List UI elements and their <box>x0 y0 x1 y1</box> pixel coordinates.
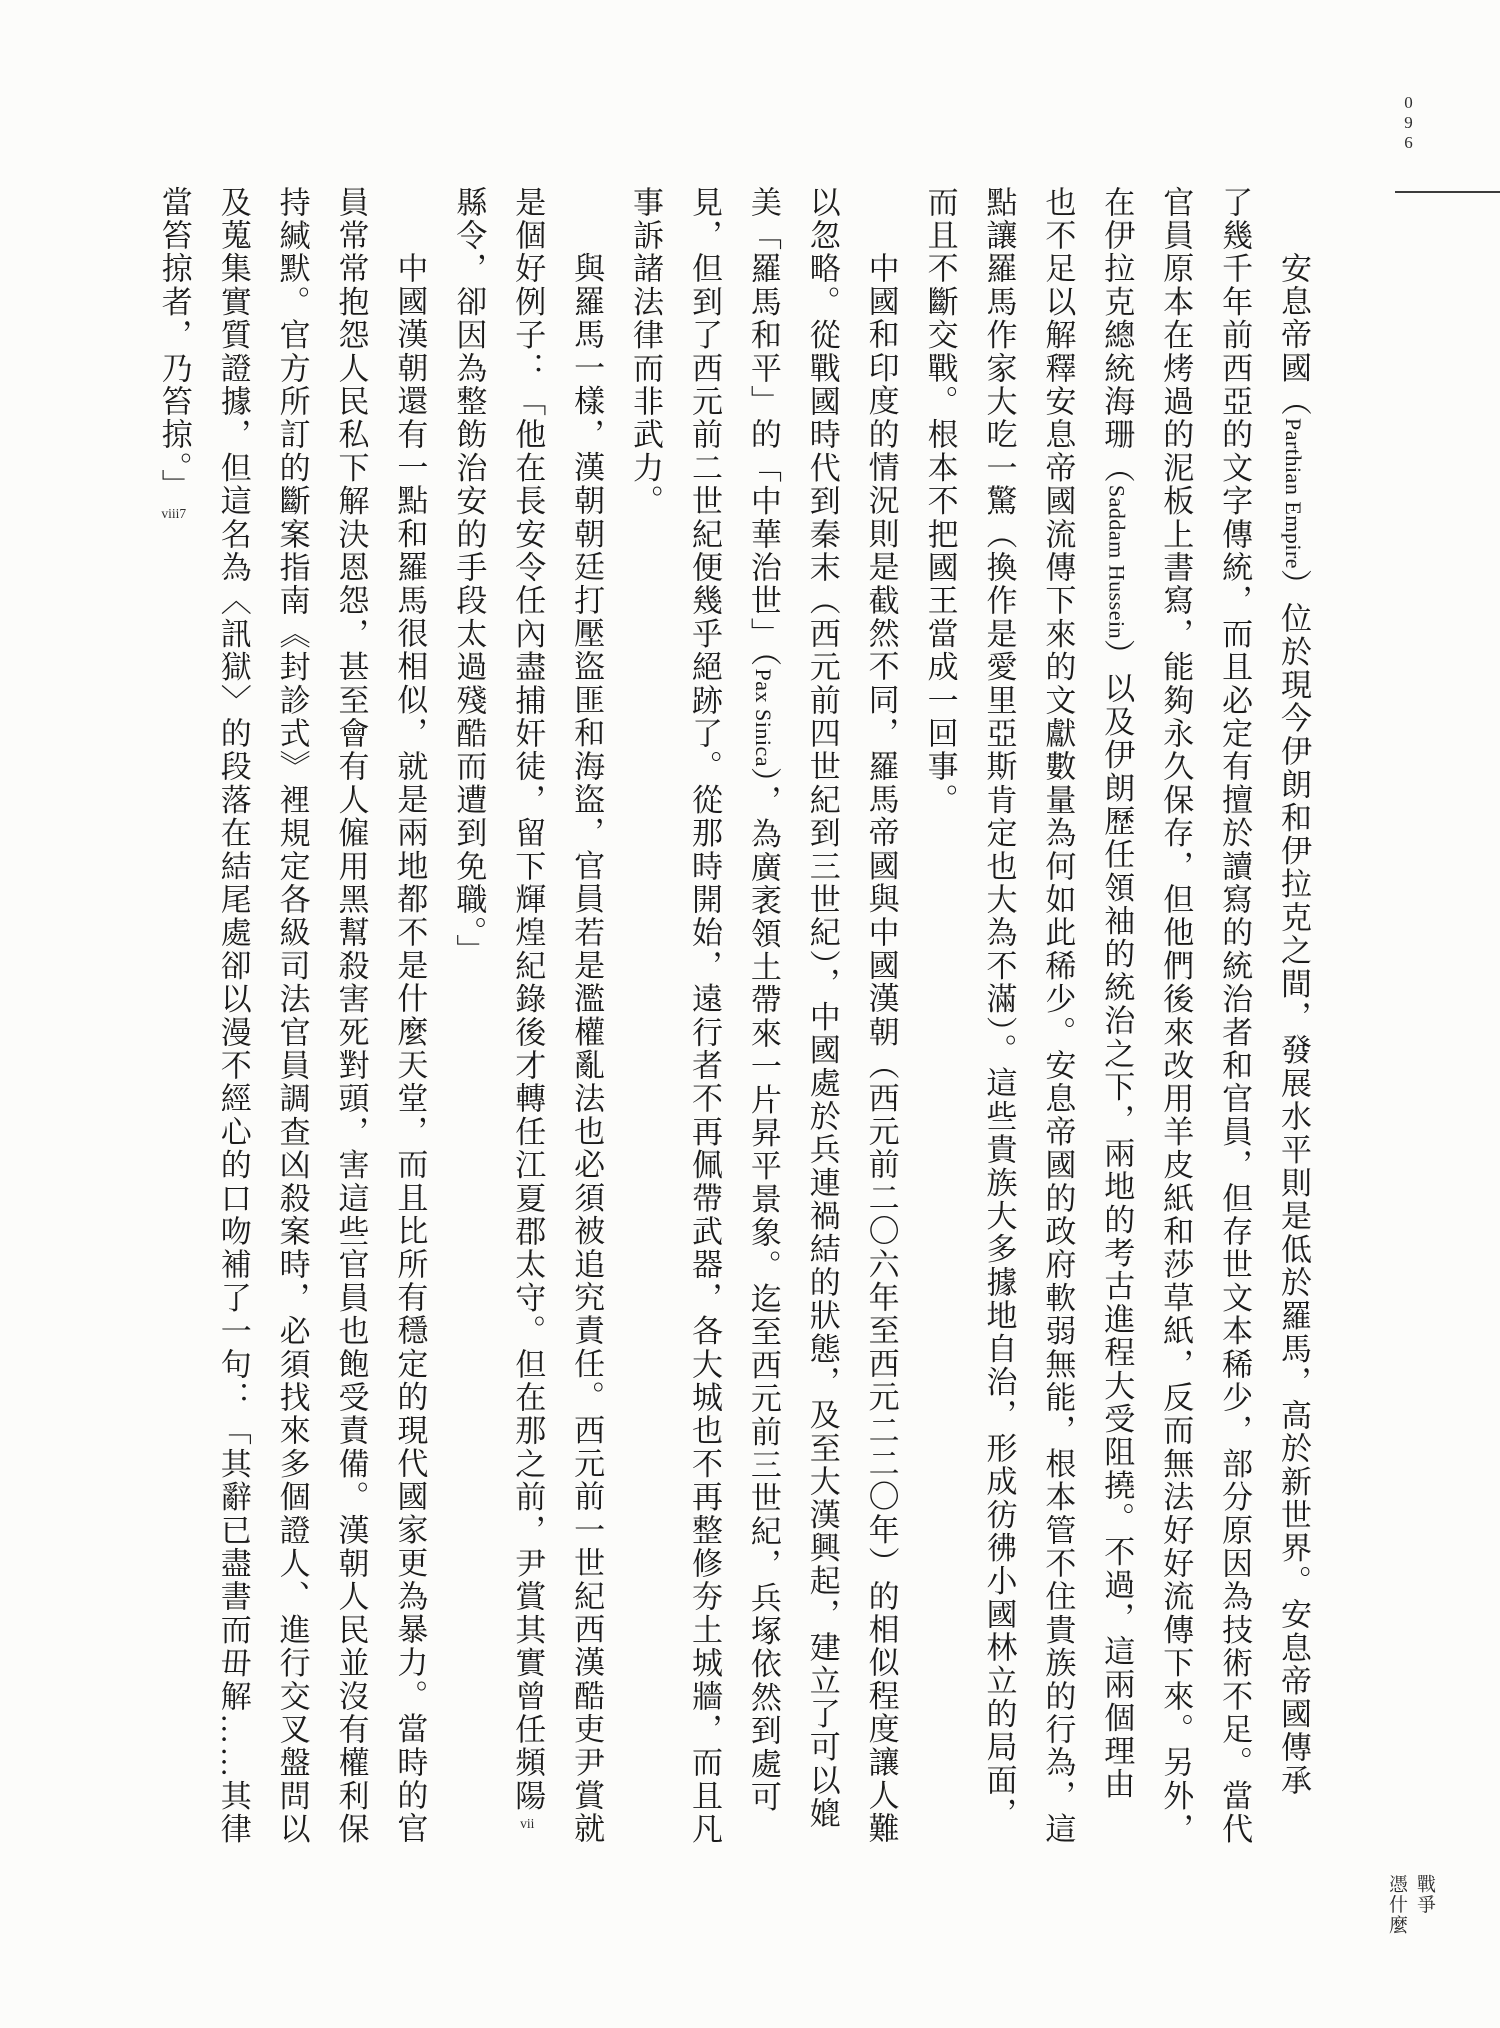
text-column: 官員原本在烤過的泥板上書寫，能夠永久保存，但他們後來改用羊皮紙和莎草紙，反而無法… <box>1145 186 1204 1858</box>
page-number: 096 <box>1398 93 1418 153</box>
running-title: 戰爭 憑什麼 <box>1382 1874 1438 1936</box>
text-column: 美「羅馬和平」的「中華治世」（Pax Sinica），為廣袤領土帶來一片昇平景象… <box>733 186 792 1858</box>
column-text: 員常常抱怨人民私下解決恩怨，甚至會有人僱用黑幫殺害死對頭，害這些官員也飽受責備。… <box>334 186 369 1846</box>
footnote-marker-viii7: viii7 <box>161 507 186 521</box>
text-column: 見，但到了西元前二世紀便幾乎絕跡了。從那時開始，遠行者不再佩帶武器，各大城也不再… <box>674 186 733 1858</box>
footnote-marker-vii: vii <box>520 1817 534 1831</box>
column-text: 是個好例子：「他在長安令任內盡捕奸徒，留下輝煌紀錄後才轉任江夏郡太守。但在那之前… <box>510 186 545 1813</box>
text-column: 與羅馬一樣，漢朝朝廷打壓盜匪和海盜，官員若是濫權亂法也必須被追究責任。西元前一世… <box>556 186 615 1858</box>
running-title-line: 戰爭 <box>1410 1874 1438 1936</box>
column-text: 當笞掠者，乃笞掠。」 <box>157 186 192 503</box>
column-text: 見，但到了西元前二世紀便幾乎絕跡了。從那時開始，遠行者不再佩帶武器，各大城也不再… <box>687 186 722 1846</box>
column-text: 縣令，卻因為整飭治安的手段太過殘酷而遭到免職。」 <box>451 186 486 967</box>
text-column: 縣令，卻因為整飭治安的手段太過殘酷而遭到免職。」 <box>438 186 497 1858</box>
text-column: 以忽略。從戰國時代到秦末（西元前四世紀到三世紀），中國處於兵連禍結的狀態，及至大… <box>792 186 851 1858</box>
column-text: 以忽略。從戰國時代到秦末（西元前四世紀到三世紀），中國處於兵連禍結的狀態，及至大… <box>805 186 840 1831</box>
column-text: 及蒐集實質證據，但這名為〈訊獄〉的段落在結尾處卻以漫不經心的口吻補了一句：「其辭… <box>216 186 251 1846</box>
text-column: 也不足以解釋安息帝國流傳下來的文獻數量為何如此稀少。安息帝國的政府軟弱無能，根本… <box>1027 186 1086 1858</box>
column-text: 在伊拉克總統海珊（Saddam Hussein）以及伊朗歷任領袖的統治之下，兩地… <box>1099 186 1134 1801</box>
text-column: 安息帝國（Parthian Empire）位於現今伊朗和伊拉克之間，發展水平則是… <box>1263 186 1322 1858</box>
column-text: 美「羅馬和平」的「中華治世」（Pax Sinica），為廣袤領土帶來一片昇平景象… <box>746 186 781 1814</box>
text-column: 在伊拉克總統海珊（Saddam Hussein）以及伊朗歷任領袖的統治之下，兩地… <box>1086 186 1145 1858</box>
column-text: 也不足以解釋安息帝國流傳下來的文獻數量為何如此稀少。安息帝國的政府軟弱無能，根本… <box>1040 186 1075 1846</box>
column-text: 點讓羅馬作家大吃一驚（換作是愛里亞斯肯定也大為不滿）。這些貴族大多據地自治，形成… <box>981 186 1016 1831</box>
body-text-block: 安息帝國（Parthian Empire）位於現今伊朗和伊拉克之間，發展水平則是… <box>144 186 1322 1858</box>
text-column: 持緘默。官方所訂的斷案指南《封診式》裡規定各級司法官員調查凶殺案時，必須找來多個… <box>262 186 321 1858</box>
text-column: 是個好例子：「他在長安令任內盡捕奸徒，留下輝煌紀錄後才轉任江夏郡太守。但在那之前… <box>497 186 556 1858</box>
column-text: 中國漢朝還有一點和羅馬很相似，就是兩地都不是什麼天堂，而且比所有穩定的現代國家更… <box>392 252 427 1846</box>
book-page: 096 安息帝國（Parthian Empire）位於現今伊朗和伊拉克之間，發展… <box>0 0 1500 2028</box>
text-column: 及蒐集實質證據，但這名為〈訊獄〉的段落在結尾處卻以漫不經心的口吻補了一句：「其辭… <box>203 186 262 1858</box>
text-column: 而且不斷交戰。根本不把國王當成一回事。 <box>910 186 969 1858</box>
column-text: 而且不斷交戰。根本不把國王當成一回事。 <box>923 186 958 817</box>
running-title-line: 憑什麼 <box>1382 1874 1410 1936</box>
folio-rule <box>1395 191 1500 193</box>
column-text: 安息帝國（Parthian Empire）位於現今伊朗和伊拉克之間，發展水平則是… <box>1276 252 1311 1797</box>
text-column: 中國和印度的情況則是截然不同，羅馬帝國與中國漢朝（西元前二〇六年至西元二二〇年）… <box>851 186 910 1858</box>
text-column: 事訴諸法律而非武力。 <box>615 186 674 1858</box>
text-column: 中國漢朝還有一點和羅馬很相似，就是兩地都不是什麼天堂，而且比所有穩定的現代國家更… <box>380 186 439 1858</box>
text-column: 員常常抱怨人民私下解決恩怨，甚至會有人僱用黑幫殺害死對頭，害這些官員也飽受責備。… <box>321 186 380 1858</box>
column-text: 事訴諸法律而非武力。 <box>628 186 663 518</box>
column-text: 中國和印度的情況則是截然不同，羅馬帝國與中國漢朝（西元前二〇六年至西元二二〇年）… <box>864 252 899 1846</box>
column-text: 與羅馬一樣，漢朝朝廷打壓盜匪和海盜，官員若是濫權亂法也必須被追究責任。西元前一世… <box>569 252 604 1846</box>
column-text: 了幾千年前西亞的文字傳統，而且必定有擅於讀寫的統治者和官員，但存世文本稀少，部分… <box>1217 186 1252 1846</box>
text-column: 點讓羅馬作家大吃一驚（換作是愛里亞斯肯定也大為不滿）。這些貴族大多據地自治，形成… <box>969 186 1028 1858</box>
column-text: 持緘默。官方所訂的斷案指南《封診式》裡規定各級司法官員調查凶殺案時，必須找來多個… <box>275 186 310 1846</box>
text-column: 了幾千年前西亞的文字傳統，而且必定有擅於讀寫的統治者和官員，但存世文本稀少，部分… <box>1204 186 1263 1858</box>
text-column: 當笞掠者，乃笞掠。」viii7 <box>144 186 203 1858</box>
column-text: 官員原本在烤過的泥板上書寫，能夠永久保存，但他們後來改用羊皮紙和莎草紙，反而無法… <box>1158 186 1193 1846</box>
